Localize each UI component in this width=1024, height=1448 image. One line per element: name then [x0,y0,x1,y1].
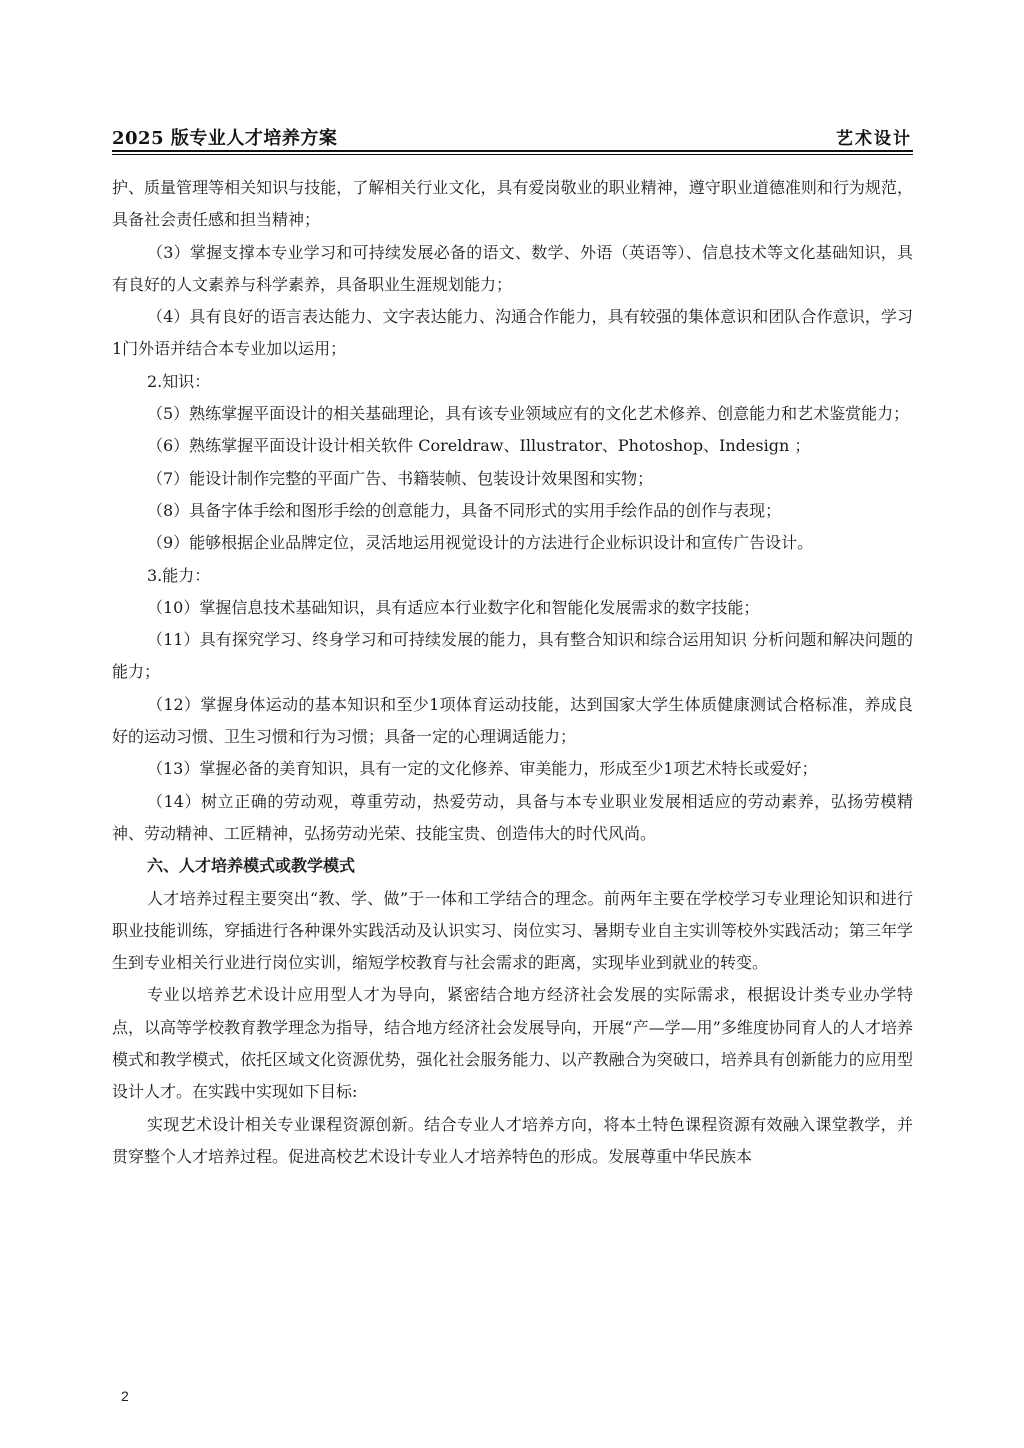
paragraph-goal: 实现艺术设计相关专业课程资源创新。结合专业人才培养方向，将本土特色课程资源有效融… [112,1109,913,1174]
page-number: 2 [121,1388,129,1404]
paragraph-item-7: （7）能设计制作完整的平面广告、书籍装帧、包装设计效果图和实物； [112,463,913,495]
paragraph-item-5: （5）熟练掌握平面设计的相关基础理论，具有该专业领域应有的文化艺术修养、创意能力… [112,398,913,430]
paragraph-training-process: 人才培养过程主要突出“教、学、做”于一体和工学结合的理念。前两年主要在学校学习专… [112,883,913,980]
body-text: 护、质量管理等相关知识与技能，了解相关行业文化，具有爱岗敬业的职业精神，遵守职业… [112,172,913,1173]
paragraph-item-13: （13）掌握必备的美育知识，具有一定的文化修养、审美能力，形成至少1项艺术特长或… [112,753,913,785]
paragraph-item-11: （11）具有探究学习、终身学习和可持续发展的能力，具有整合知识和综合运用知识 分… [112,624,913,689]
paragraph-item-6: （6）熟练掌握平面设计设计相关软件 Coreldraw、Illustrator、… [112,430,913,462]
paragraph-item-10: （10）掌握信息技术基础知识，具有适应本行业数字化和智能化发展需求的数字技能； [112,592,913,624]
header-rule-thick [112,150,913,152]
running-header: 2025 版专业人才培养方案 艺术设计 [112,124,912,148]
paragraph-item-14: （14）树立正确的劳动观，尊重劳动，热爱劳动，具备与本专业职业发展相适应的劳动素… [112,786,913,851]
header-major: 艺术设计 [836,124,912,149]
paragraph-item-4: （4）具有良好的语言表达能力、文字表达能力、沟通合作能力，具有较强的集体意识和团… [112,301,913,366]
paragraph-training-mode: 专业以培养艺术设计应用型人才为导向，紧密结合地方经济社会发展的实际需求，根据设计… [112,979,913,1108]
header-title: 2025 版专业人才培养方案 [112,124,337,150]
header-rule-thin [112,154,913,155]
paragraph-item-3: （3）掌握支撑本专业学习和可持续发展必备的语文、数学、外语（英语等）、信息技术等… [112,237,913,302]
subheading-knowledge: 2.知识： [112,366,913,398]
section-heading-6: 六、人才培养模式或教学模式 [112,850,913,882]
document-page: 2025 版专业人才培养方案 艺术设计 护、质量管理等相关知识与技能，了解相关行… [0,0,1024,1448]
paragraph-item-9: （9）能够根据企业品牌定位，灵活地运用视觉设计的方法进行企业标识设计和宣传广告设… [112,527,913,559]
paragraph-item-8: （8）具备字体手绘和图形手绘的创意能力，具备不同形式的实用手绘作品的创作与表现； [112,495,913,527]
paragraph-continuation: 护、质量管理等相关知识与技能，了解相关行业文化，具有爱岗敬业的职业精神，遵守职业… [112,172,913,237]
paragraph-item-12: （12）掌握身体运动的基本知识和至少1项体育运动技能，达到国家大学生体质健康测试… [112,689,913,754]
subheading-ability: 3.能力： [112,560,913,592]
